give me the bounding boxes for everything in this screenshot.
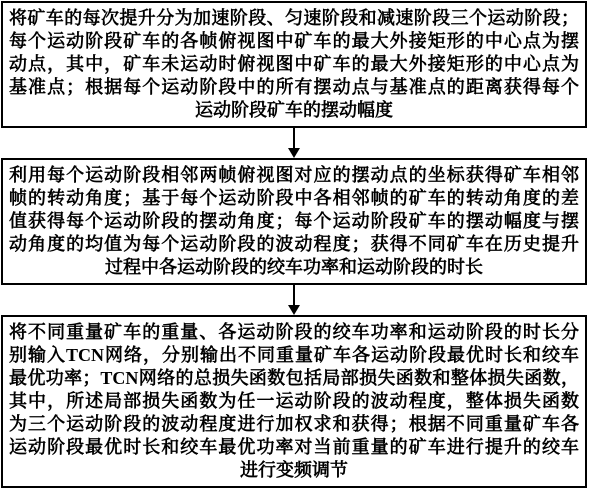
step-2-line-5: 过程中各运动阶段的绞车功率和运动阶段的时长 [9, 256, 579, 279]
step-3-line-7: 进行变频调节 [9, 459, 579, 482]
step-1-line-4: 基准点；根据每个运动阶段中的所有摆动点与基准点的距离获得每个 [9, 76, 579, 99]
step-3-line-6: 运动阶段最优时长和绞车最优功率对当前重量的矿车进行提升的绞车 [9, 436, 579, 459]
step-2-line-4: 动角度的均值为每个运动阶段的波动程度；获得不同矿车在历史提升 [9, 233, 579, 256]
arrow-shaft [293, 128, 295, 148]
step-3-line-2: 别输入TCN网络，分别输出不同重量矿车各运动阶段最优时长和绞车 [9, 344, 579, 367]
step-1-line-2: 每个运动阶段矿车的各帧俯视图中矿车的最大外接矩形的中心点为摆 [9, 30, 579, 53]
step-2-line-3: 值获得每个运动阶段的摆动角度；每个运动阶段矿车的摆动幅度与摆 [9, 210, 579, 233]
step-3-line-5: 为三个运动阶段的波动程度进行加权求和获得；根据不同重量矿车各 [9, 413, 579, 436]
arrow-shaft [293, 285, 295, 305]
flow-connector-2 [1, 285, 587, 315]
step-3-line-1: 将不同重量矿车的重量、各运动阶段的绞车功率和运动阶段的时长分 [9, 321, 579, 344]
step-2-line-1: 利用每个运动阶段相邻两帧俯视图对应的摆动点的坐标获得矿车相邻 [9, 164, 579, 187]
flow-connector-1 [1, 128, 587, 158]
flowchart: 将矿车的每次提升分为加速阶段、匀速阶段和减速阶段三个运动阶段； 每个运动阶段矿车… [1, 1, 587, 488]
flow-step-3: 将不同重量矿车的重量、各运动阶段的绞车功率和运动阶段的时长分 别输入TCN网络，… [1, 315, 587, 488]
step-1-line-5: 运动阶段矿车的摆动幅度 [9, 99, 579, 122]
flow-step-1: 将矿车的每次提升分为加速阶段、匀速阶段和减速阶段三个运动阶段； 每个运动阶段矿车… [1, 1, 587, 128]
step-1-line-1: 将矿车的每次提升分为加速阶段、匀速阶段和减速阶段三个运动阶段； [9, 7, 579, 30]
flow-step-2: 利用每个运动阶段相邻两帧俯视图对应的摆动点的坐标获得矿车相邻 帧的转动角度；基于… [1, 158, 587, 285]
step-2-line-2: 帧的转动角度；基于每个运动阶段中各相邻帧的矿车的转动角度的差 [9, 187, 579, 210]
down-arrow-icon [288, 305, 300, 315]
step-3-line-4: 其中，所述局部损失函数为任一运动阶段的波动程度，整体损失函数 [9, 390, 579, 413]
down-arrow-icon [288, 148, 300, 158]
step-1-line-3: 动点，其中，矿车未运动时俯视图中矿车的最大外接矩形的中心点为 [9, 53, 579, 76]
step-3-line-3: 最优功率；TCN网络的总损失函数包括局部损失函数和整体损失函数， [9, 367, 579, 390]
